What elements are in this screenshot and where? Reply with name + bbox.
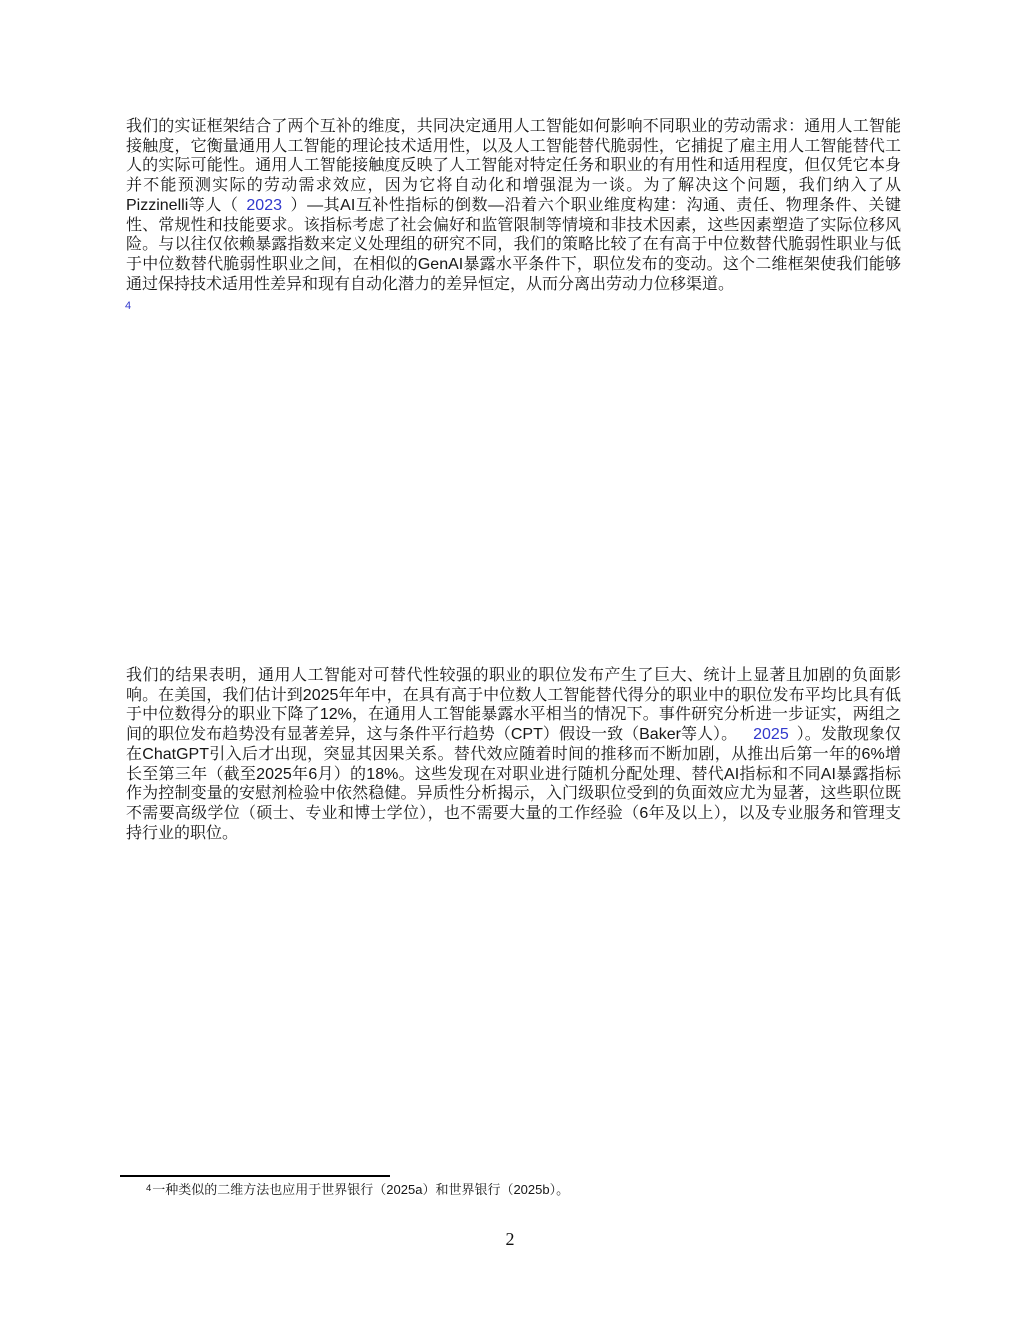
footnote-rule: [120, 1175, 390, 1177]
footnote-reference-4[interactable]: 4: [125, 299, 131, 313]
paragraph-2-text-post: ）。发散现象仅在ChatGPT引入后才出现，突显其因果关系。替代效应随着时间的推…: [126, 726, 901, 842]
paragraph-2: 我们的结果表明，通用人工智能对可替代性较强的职业的职位发布产生了巨大、统计上显著…: [126, 666, 901, 843]
paragraph-1: 我们的实证框架结合了两个互补的维度，共同决定通用人工智能如何影响不同职业的劳动需…: [126, 117, 901, 294]
citation-link-2025[interactable]: 2025: [753, 726, 789, 743]
footnote-marker: 4: [146, 1183, 151, 1194]
footnote: 4一种类似的二维方法也应用于世界银行（2025a）和世界银行（2025b）。: [126, 1181, 866, 1198]
citation-link-2023[interactable]: 2023: [246, 197, 282, 214]
footnote-text: 一种类似的二维方法也应用于世界银行（2025a）和世界银行（2025b）。: [152, 1182, 569, 1197]
document-page: 我们的实证框架结合了两个互补的维度，共同决定通用人工智能如何影响不同职业的劳动需…: [0, 0, 1020, 1320]
page-number: 2: [0, 1229, 1020, 1250]
